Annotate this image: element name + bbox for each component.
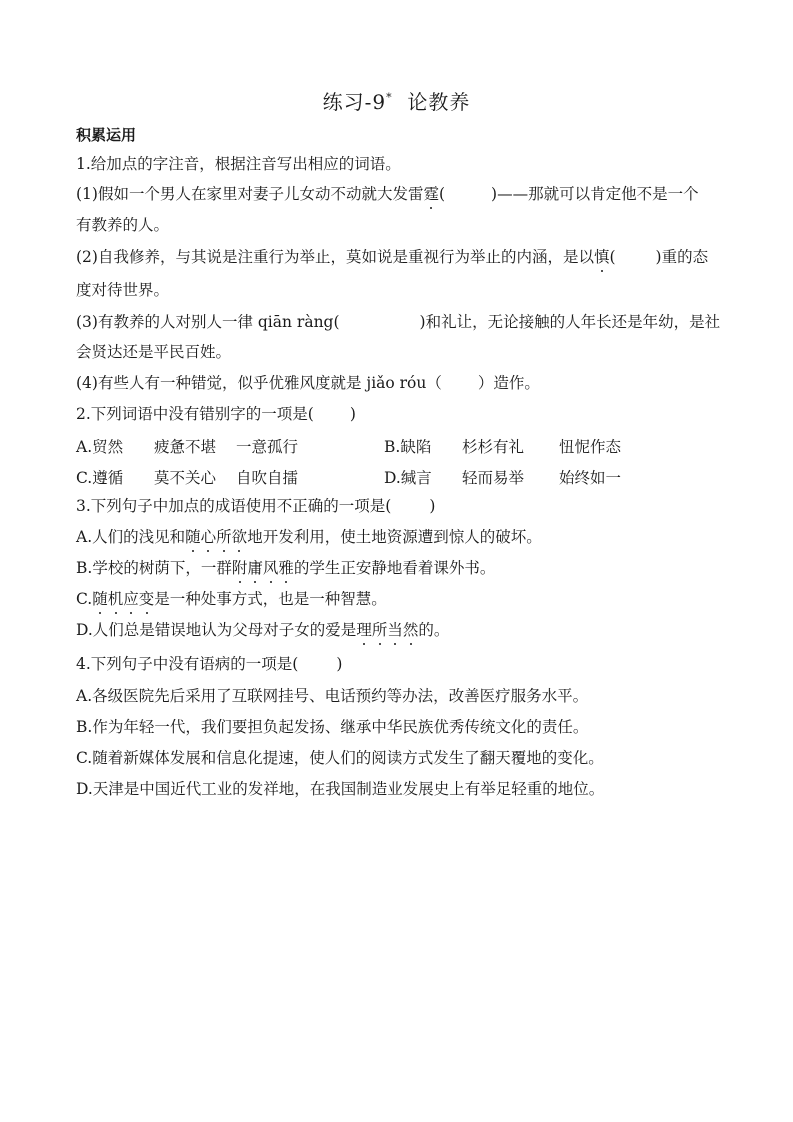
q3-option-b: B.学校的树荫下，一群附庸风雅的学生正安静地看着课外书。	[76, 558, 495, 578]
dotted-char: 当	[387, 620, 403, 640]
q4-option-b: B.作为年轻一代，我们要担负起发扬、继承中华民族优秀传统文化的责任。	[76, 717, 588, 737]
dotted-char: 理	[356, 620, 372, 640]
title-topic: 论教养	[407, 90, 470, 114]
q2-option-b-2: 杉杉有礼	[462, 435, 524, 457]
q3-option-d: D.人们总是错误地认为父母对子女的爱是理所当然的。	[76, 620, 449, 640]
text: (	[439, 185, 445, 203]
question-3-stem: 3.下列句子中加点的成语使用不正确的一项是()	[76, 496, 435, 516]
question-1-stem: 1.给加点的字注音，根据注音写出相应的词语。	[76, 154, 401, 174]
dotted-char: 应	[123, 589, 139, 609]
dotted-char: 霆	[423, 184, 439, 204]
text: )	[350, 405, 356, 423]
text: (	[609, 248, 615, 266]
q2-option-a-2: 疲惫不堪	[154, 435, 216, 457]
dotted-char: 庸	[247, 558, 263, 578]
text: 3.下列句子中加点的成语使用不正确的一项是(	[76, 497, 391, 515]
text: D.人们总是错误地认为父母对子女的爱是	[76, 621, 356, 639]
dotted-char: 欲	[232, 527, 248, 547]
q2-option-d-3: 始终如一	[559, 466, 621, 488]
q2-option-c-3: 自吹自擂	[236, 466, 298, 488]
text: 4.下列句子中没有语病的一项是(	[76, 655, 298, 673]
q3-option-a: A.人们的浅见和随心所欲地开发利用，使土地资源遭到惊人的破坏。	[76, 527, 542, 547]
q4-option-c: C.随着新媒体发展和信息化提速，使人们的阅读方式发生了翻天覆地的变化。	[76, 748, 604, 768]
dotted-char: 随	[92, 589, 108, 609]
text: ）造作。	[478, 374, 540, 392]
dotted-char: 所	[372, 620, 388, 640]
q2-option-b-3: 忸怩作态	[559, 435, 621, 457]
question-1-item-2-cont: 度对待世界。	[76, 280, 169, 300]
question-1-item-3-cont: 会贤达还是平民百姓。	[76, 342, 231, 362]
q2-option-c-2: 莫不关心	[154, 466, 216, 488]
text: (3)有教养的人对别人一律 qiān ràng(	[76, 313, 340, 331]
text: C.	[76, 590, 92, 608]
q2-option-a-3: 一意孤行	[236, 435, 298, 457]
question-4-stem: 4.下列句子中没有语病的一项是()	[76, 654, 342, 674]
text: 的。	[418, 621, 449, 639]
text: )——那就可以肯定他不是一个	[491, 185, 699, 203]
dotted-char: 然	[403, 620, 419, 640]
title-asterisk: *	[386, 91, 393, 104]
q4-option-d: D.天津是中国近代工业的发祥地，在我国制造业发展史上有举足轻重的地位。	[76, 779, 604, 799]
dotted-char: 雅	[278, 558, 294, 578]
text: (2)自我修养，与其说是注重行为举止，莫如说是重视行为举止的内涵，是以	[76, 248, 594, 266]
dotted-char: 变	[139, 589, 155, 609]
q2-option-a-1: A.贸然	[76, 435, 123, 457]
page-title: 练习-9* 论教养	[0, 86, 793, 115]
section-heading: 积累运用	[76, 124, 136, 145]
text: B.学校的树荫下，一群	[76, 559, 232, 577]
text: 是一种处事方式，也是一种智慧。	[154, 590, 387, 608]
dotted-char: 风	[263, 558, 279, 578]
q2-option-d-1: D.缄言	[384, 466, 432, 488]
dotted-char: 所	[216, 527, 232, 547]
q3-option-c: C.随机应变是一种处事方式，也是一种智慧。	[76, 589, 387, 609]
text: 2.下列词语中没有错别字的一项是(	[76, 405, 314, 423]
text: )和礼让，无论接触的人年长还是年幼，是社	[420, 313, 721, 331]
text: 地开发利用，使土地资源遭到惊人的破坏。	[247, 528, 542, 546]
question-1-item-3: (3)有教养的人对别人一律 qiān ràng()和礼让，无论接触的人年长还是年…	[76, 312, 720, 332]
text: )重的态	[656, 248, 709, 266]
dotted-char: 心	[201, 527, 217, 547]
text: )	[336, 655, 342, 673]
dotted-char: 慎	[594, 247, 610, 267]
dotted-char: 附	[232, 558, 248, 578]
text: (4)有些人有一种错觉，似乎优雅风度就是 jiǎo róu（	[76, 374, 442, 392]
question-1-item-4: (4)有些人有一种错觉，似乎优雅风度就是 jiǎo róu（）造作。	[76, 373, 540, 393]
question-1-item-1-cont: 有教养的人。	[76, 215, 169, 235]
question-1-item-2: (2)自我修养，与其说是注重行为举止，莫如说是重视行为举止的内涵，是以慎()重的…	[76, 247, 708, 267]
question-1-item-1: (1)假如一个男人在家里对妻子儿女动不动就大发雷霆()——那就可以肯定他不是一个	[76, 184, 699, 204]
dotted-char: 随	[185, 527, 201, 547]
question-2-stem: 2.下列词语中没有错别字的一项是()	[76, 404, 356, 424]
text: A.人们的浅见和	[76, 528, 185, 546]
title-main: 练习-9	[323, 90, 386, 114]
q4-option-a: A.各级医院先后采用了互联网挂号、电话预约等办法，改善医疗服务水平。	[76, 686, 588, 706]
text: (1)假如一个男人在家里对妻子儿女动不动就大发雷	[76, 185, 423, 203]
q2-option-d-2: 轻而易举	[462, 466, 524, 488]
q2-option-b-1: B.缺陷	[384, 435, 431, 457]
text: 的学生正安静地看着课外书。	[294, 559, 496, 577]
dotted-char: 机	[108, 589, 124, 609]
q2-option-c-1: C.遵循	[76, 466, 123, 488]
text: )	[429, 497, 435, 515]
